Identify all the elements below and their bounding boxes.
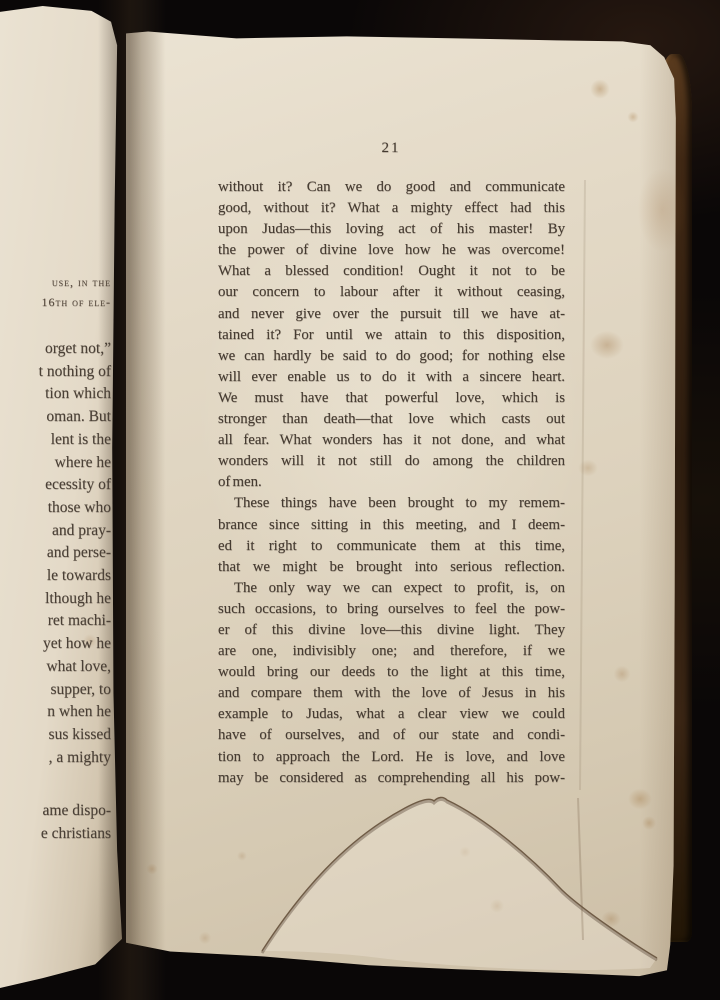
- facing-page-text: use, in the16th of ele-orget not,”t noth…: [0, 272, 111, 846]
- text-fragment: where he: [0, 452, 111, 475]
- text-line: will ever enable us to do it with a sinc…: [218, 367, 565, 388]
- text-line: may be considered as comprehending all h…: [218, 768, 565, 789]
- text-line: have of ourselves, and of our state and …: [218, 725, 565, 746]
- text-fragment: orget not,”: [0, 338, 111, 361]
- text-line: What a blessed condition! Ought it not t…: [218, 261, 565, 282]
- text-line: wonders will it not still do among the c…: [218, 451, 565, 472]
- text-line: The only way we can expect to profit, is…: [218, 578, 565, 599]
- text-line: ed it right to communicate them at this …: [218, 536, 565, 557]
- text-line: brance since sitting in this meeting, an…: [218, 515, 565, 536]
- text-line: that we might be brought into serious re…: [218, 557, 565, 578]
- text-line: These things have been brought to my rem…: [218, 493, 565, 514]
- text-line: would bring our deeds to the light at th…: [218, 662, 565, 683]
- text-fragment: yet how he: [0, 633, 111, 656]
- text-fragment: ecessity of: [0, 474, 111, 497]
- page-number: 21: [218, 140, 564, 157]
- text-fragment: and perse-: [0, 542, 111, 565]
- text-line: of men.: [218, 472, 565, 493]
- text-fragment: t nothing of: [0, 361, 111, 384]
- text-fragment: oman. But: [0, 406, 111, 429]
- page-text: without it? Can we do good and communica…: [218, 177, 565, 789]
- text-line: example to Judas, what a clear view we c…: [218, 704, 565, 725]
- text-line: such occasions, to bring ourselves to fe…: [218, 599, 565, 620]
- text-fragment: , a mighty: [0, 747, 111, 770]
- text-fragment: lent is the: [0, 429, 111, 452]
- text-line: stronger than death—that love which cast…: [218, 409, 565, 430]
- text-fragment: use, in the: [0, 272, 111, 292]
- text-fragment: n when he: [0, 701, 111, 724]
- text-fragment: e christians: [0, 823, 111, 846]
- text-fragment: sus kissed: [0, 724, 111, 747]
- text-line: We must have that powerful love, which i…: [218, 388, 565, 409]
- text-line: good, without it? What a mighty effect h…: [218, 198, 565, 219]
- text-line: er of this divine love—this divine light…: [218, 620, 565, 641]
- text-line: all fear. What wonders has it not done, …: [218, 430, 565, 451]
- text-fragment: ret machi-: [0, 610, 111, 633]
- text-line: are one, indivisibly one; and therefore,…: [218, 641, 565, 662]
- text-line: our concern to labour after it without c…: [218, 282, 565, 303]
- text-fragment: those who: [0, 497, 111, 520]
- text-fragment: what love,: [0, 656, 111, 679]
- text-line: and compare them with the love of Jesus …: [218, 683, 565, 704]
- text-line: the power of divine love how he was over…: [218, 240, 565, 261]
- text-fragment: ame dispo-: [0, 800, 111, 823]
- text-line: tion to approach the Lord. He is love, a…: [218, 747, 565, 768]
- book-photo: use, in the16th of ele-orget not,”t noth…: [0, 0, 720, 1000]
- text-line: and never give over the pursuit till we …: [218, 304, 565, 325]
- text-fragment: supper, to: [0, 679, 111, 702]
- text-line: tained it? For until we attain to this d…: [218, 325, 565, 346]
- text-line: we can hardly be said to do good; for no…: [218, 346, 565, 367]
- text-fragment: and pray-: [0, 520, 111, 543]
- text-line: upon Judas—this loving act of his master…: [218, 219, 565, 240]
- text-line: without it? Can we do good and communica…: [218, 177, 565, 198]
- text-fragment: le towards: [0, 565, 111, 588]
- text-fragment: lthough he: [0, 588, 111, 611]
- text-fragment: 16th of ele-: [0, 292, 111, 312]
- text-fragment: tion which: [0, 383, 111, 406]
